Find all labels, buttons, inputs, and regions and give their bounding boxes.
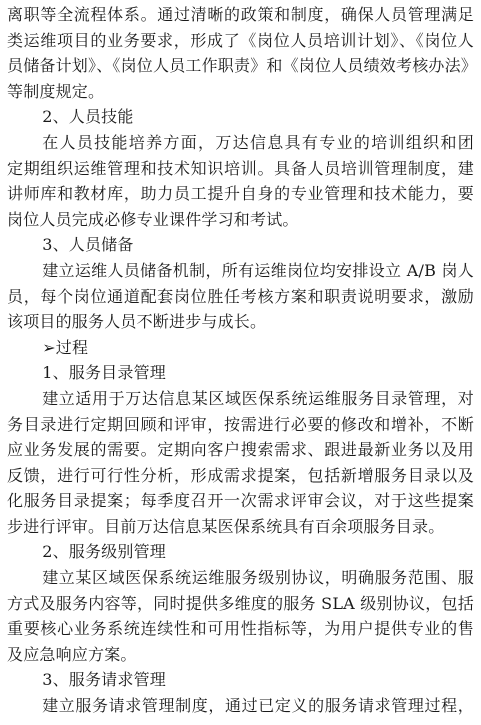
text-line: 员储备计划》、《岗位人员工作职责》和《岗位人员绩效考核办法》: [7, 53, 474, 79]
paragraph: 建立运维人员储备机制，所有运维岗位均安排设立 A/B 岗人员，每个岗位通道配套岗…: [7, 258, 474, 335]
paragraph: 在人员技能培养方面，万达信息具有专业的培训组织和团队，定期组织运维管理和技术知识…: [7, 130, 474, 232]
bullet-heading: ➢过程: [7, 335, 474, 361]
text-line: 岗位人员完成必修专业课件学习和考试。: [7, 207, 474, 233]
text-line: 2、人员技能: [7, 104, 474, 130]
paragraph: 建立服务请求管理制度，通过已定义的服务请求管理过程，对: [7, 693, 474, 719]
text-line: 建立服务请求管理制度，通过已定义的服务请求管理过程，对: [7, 693, 474, 719]
section-heading: 3、人员储备: [7, 232, 474, 258]
text-line: 化服务目录提案；每季度召开一次需求评审会议，对于这些提案同: [7, 488, 474, 514]
text-line: 务目录进行定期回顾和评审，按需进行必要的修改和增补，不断适: [7, 412, 474, 438]
text-line: 建立运维人员储备机制，所有运维岗位均安排设立 A/B 岗人: [7, 258, 474, 284]
text-line: 重要核心业务系统连续性和可用性指标等，为用户提供专业的售后: [7, 616, 474, 642]
text-line: 离职等全流程体系。通过清晰的政策和制度，确保人员管理满足各: [7, 2, 474, 28]
document-page: 离职等全流程体系。通过清晰的政策和制度，确保人员管理满足各类运维项目的业务要求，…: [0, 0, 481, 725]
paragraph: 离职等全流程体系。通过清晰的政策和制度，确保人员管理满足各类运维项目的业务要求，…: [7, 2, 474, 104]
text-line: 反馈，进行可行性分析，形成需求提案，包括新增服务目录以及优: [7, 463, 474, 489]
section-heading: 3、服务请求管理: [7, 667, 474, 693]
text-line: 定期组织运维管理和技术知识培训。具备人员培训管理制度，建立: [7, 156, 474, 182]
text-line: 员，每个岗位通道配套岗位胜任考核方案和职责说明要求，激励在: [7, 284, 474, 310]
text-line: 及应急响应方案。: [7, 642, 474, 668]
text-line: 步进行评审。目前万达信息某医保系统具有百余项服务目录。: [7, 514, 474, 540]
text-line: 讲师库和教材库，助力员工提升自身的专业管理和技术能力，要求: [7, 181, 474, 207]
section-heading: 2、服务级别管理: [7, 539, 474, 565]
document-body: 离职等全流程体系。通过清晰的政策和制度，确保人员管理满足各类运维项目的业务要求，…: [7, 2, 474, 719]
paragraph: 建立某区域医保系统运维服务级别协议，明确服务范围、服务方式及服务内容等，同时提供…: [7, 565, 474, 667]
text-line: 该项目的服务人员不断进步与成长。: [7, 309, 474, 335]
text-line: 类运维项目的业务要求，形成了《岗位人员培训计划》、《岗位人: [7, 28, 474, 54]
text-line: 建立适用于万达信息某区域医保系统运维服务目录管理，对服: [7, 386, 474, 412]
text-line: 在人员技能培养方面，万达信息具有专业的培训组织和团队，: [7, 130, 474, 156]
section-heading: 2、人员技能: [7, 104, 474, 130]
text-line: 等制度规定。: [7, 79, 474, 105]
text-line: 2、服务级别管理: [7, 539, 474, 565]
text-line: 1、服务目录管理: [7, 360, 474, 386]
text-line: ➢过程: [7, 335, 474, 361]
paragraph: 建立适用于万达信息某区域医保系统运维服务目录管理，对服务目录进行定期回顾和评审，…: [7, 386, 474, 540]
text-line: 方式及服务内容等，同时提供多维度的服务 SLA 级别协议，包括: [7, 591, 474, 617]
section-heading: 1、服务目录管理: [7, 360, 474, 386]
text-line: 建立某区域医保系统运维服务级别协议，明确服务范围、服务: [7, 565, 474, 591]
text-line: 3、人员储备: [7, 232, 474, 258]
text-line: 3、服务请求管理: [7, 667, 474, 693]
text-line: 应业务发展的需要。定期向客户搜索需求、跟进最新业务以及用户: [7, 437, 474, 463]
